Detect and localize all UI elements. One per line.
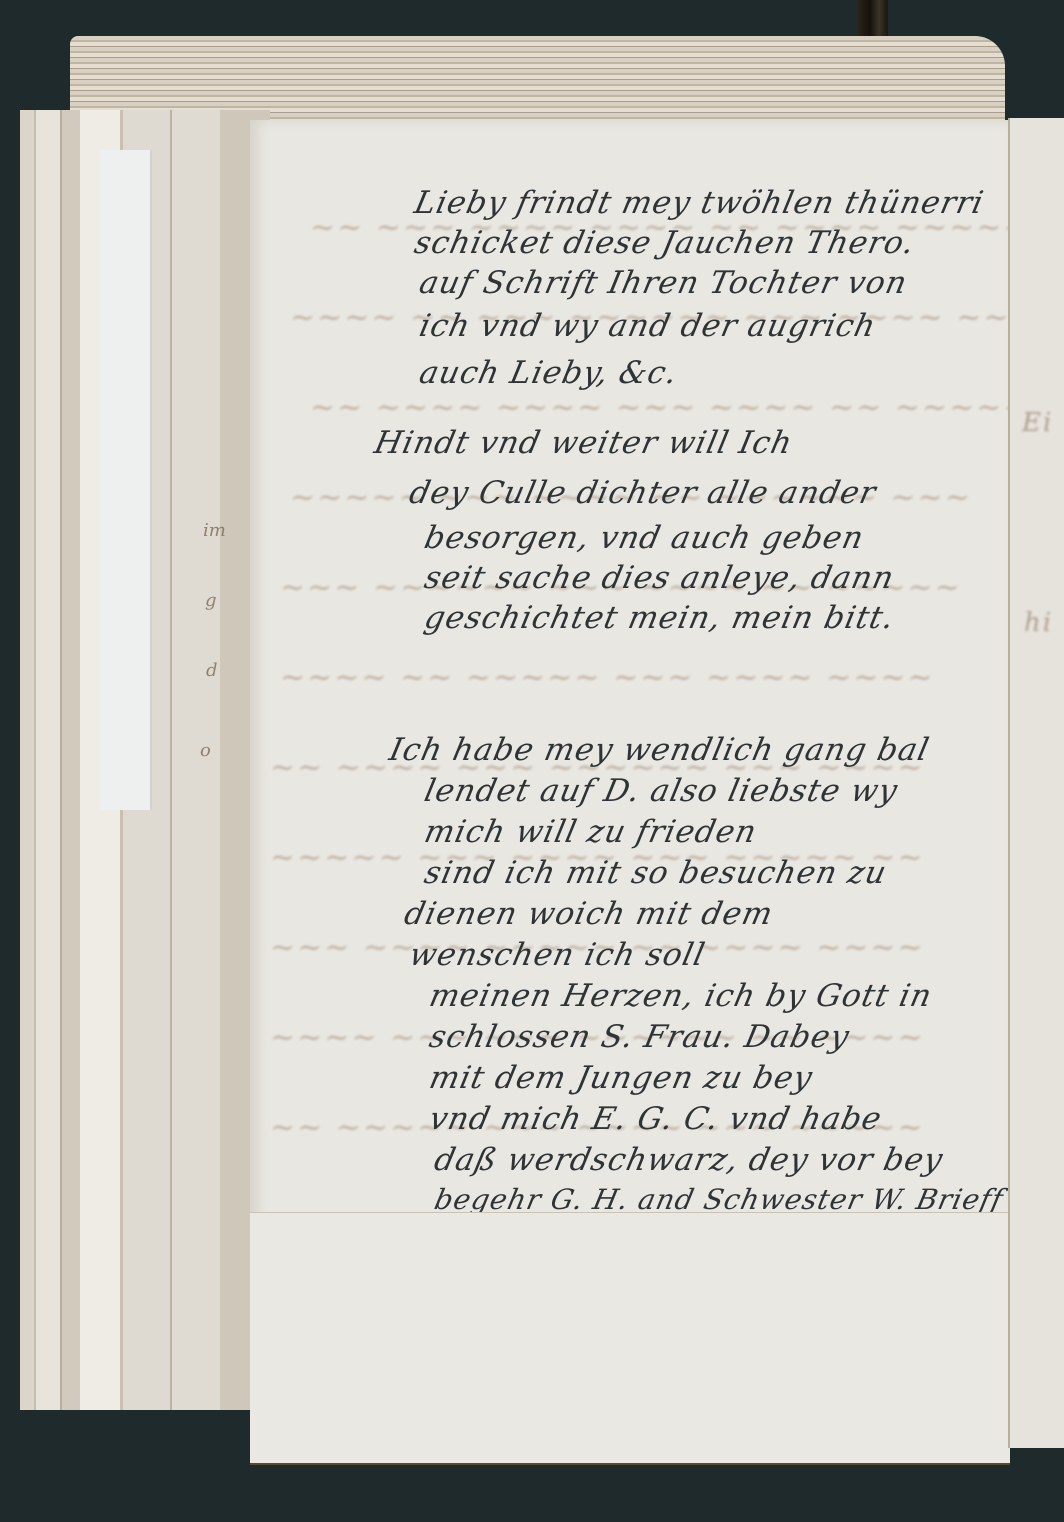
inserted-paper-strip xyxy=(100,150,152,810)
margin-fragment: d xyxy=(206,660,218,681)
margin-fragment: im xyxy=(203,520,226,541)
manuscript-line: Ich habe mey wendlich gang bal xyxy=(386,732,933,768)
manuscript-line: lendet auf D. also liebste wy xyxy=(421,773,901,809)
manuscript-line: geschichtet mein, mein bitt. xyxy=(421,600,898,636)
manuscript-line: mit dem Jungen zu bey xyxy=(426,1060,816,1096)
manuscript-line: sind ich mit so besuchen zu xyxy=(421,855,890,891)
manuscript-line: auch Lieby, &c. xyxy=(416,355,681,391)
margin-fragment: o xyxy=(200,740,211,761)
manuscript-line: schlossen S. Frau. Dabey xyxy=(426,1019,853,1055)
manuscript-line: schicket diese Jauchen Thero. xyxy=(411,225,918,261)
facing-page-fragment: Ei xyxy=(1022,408,1053,438)
manuscript-line: Hindt vnd weiter will Ich xyxy=(371,425,796,461)
facing-page-edge: Ei hi xyxy=(1008,118,1064,1448)
manuscript-line: meinen Herzen, ich by Gott in xyxy=(426,978,935,1014)
manuscript-line: wenschen ich soll xyxy=(406,937,708,973)
manuscript-line: vnd mich E. G. C. vnd habe xyxy=(426,1101,885,1137)
manuscript-line: besorgen, vnd auch geben xyxy=(421,520,867,556)
blank-lower-page-area xyxy=(250,1212,1010,1465)
manuscript-line: seit sache dies anleye, dann xyxy=(421,560,897,596)
manuscript-line: dienen woich mit dem xyxy=(401,896,776,932)
manuscript-line: ich vnd wy and der augrich xyxy=(416,308,879,344)
margin-fragment: g xyxy=(205,590,217,611)
manuscript-line: Lieby frindt mey twöhlen thünerri xyxy=(411,185,987,221)
manuscript-line: dey Culle dichter alle ander xyxy=(406,475,879,511)
manuscript-line: daß werdschwarz, dey vor bey xyxy=(431,1142,946,1178)
facing-page-fragment: hi xyxy=(1024,608,1053,638)
manuscript-line: mich will zu frieden xyxy=(421,814,760,850)
manuscript-line: auf Schrift Ihren Tochter von xyxy=(416,265,911,301)
